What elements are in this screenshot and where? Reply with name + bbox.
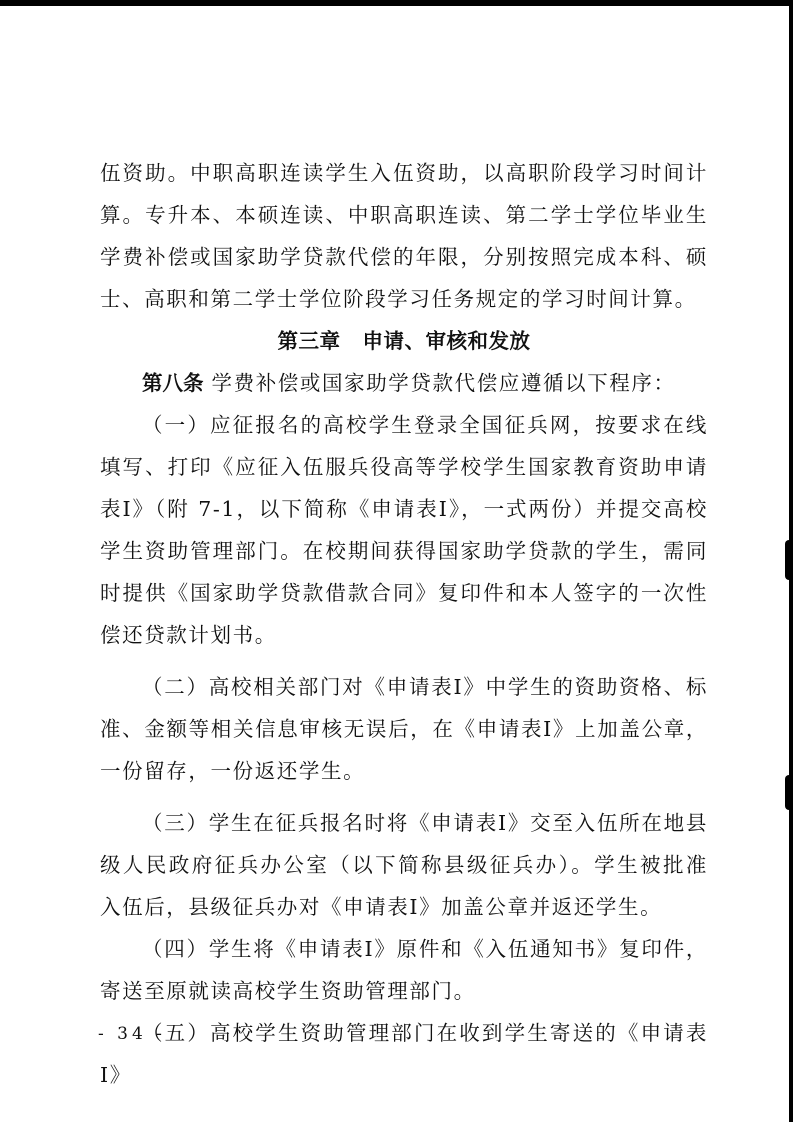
article-text: 学费补偿或国家助学贷款代偿应遵循以下程序： xyxy=(212,371,676,395)
scan-edge-artifact xyxy=(785,775,793,810)
step-1-paragraph: （一）应征报名的高校学生登录全国征兵网，按要求在线填写、打印《应征入伍服兵役高等… xyxy=(100,404,708,656)
article-label: 第八条 xyxy=(142,371,204,395)
step-2-paragraph: （二）高校相关部门对《申请表Ⅰ》中学生的资助资格、标准、金额等相关信息审核无误后… xyxy=(100,666,708,792)
chapter-heading: 第三章申请、审核和发放 xyxy=(100,320,708,362)
document-page: 伍资助。中职高职连读学生入伍资助，以高职阶段学习时间计算。专升本、本硕连读、中职… xyxy=(100,152,708,1096)
intro-paragraph: 伍资助。中职高职连读学生入伍资助，以高职阶段学习时间计算。专升本、本硕连读、中职… xyxy=(100,152,708,320)
step-3-paragraph: （三）学生在征兵报名时将《申请表Ⅰ》交至入伍所在地县级人民政府征兵办公室（以下简… xyxy=(100,802,708,928)
article-paragraph: 第八条学费补偿或国家助学贷款代偿应遵循以下程序： xyxy=(100,362,708,404)
chapter-title: 申请、审核和发放 xyxy=(363,329,531,353)
step-5-paragraph: （五）高校学生资助管理部门在收到学生寄送的《申请表Ⅰ》 xyxy=(100,1012,708,1096)
chapter-number: 第三章 xyxy=(278,329,341,353)
scan-edge-artifact xyxy=(785,540,793,580)
page-number: - 34 - xyxy=(98,1024,166,1044)
scan-border-top xyxy=(0,0,793,6)
step-4-paragraph: （四）学生将《申请表Ⅰ》原件和《入伍通知书》复印件，寄送至原就读高校学生资助管理… xyxy=(100,928,708,1012)
